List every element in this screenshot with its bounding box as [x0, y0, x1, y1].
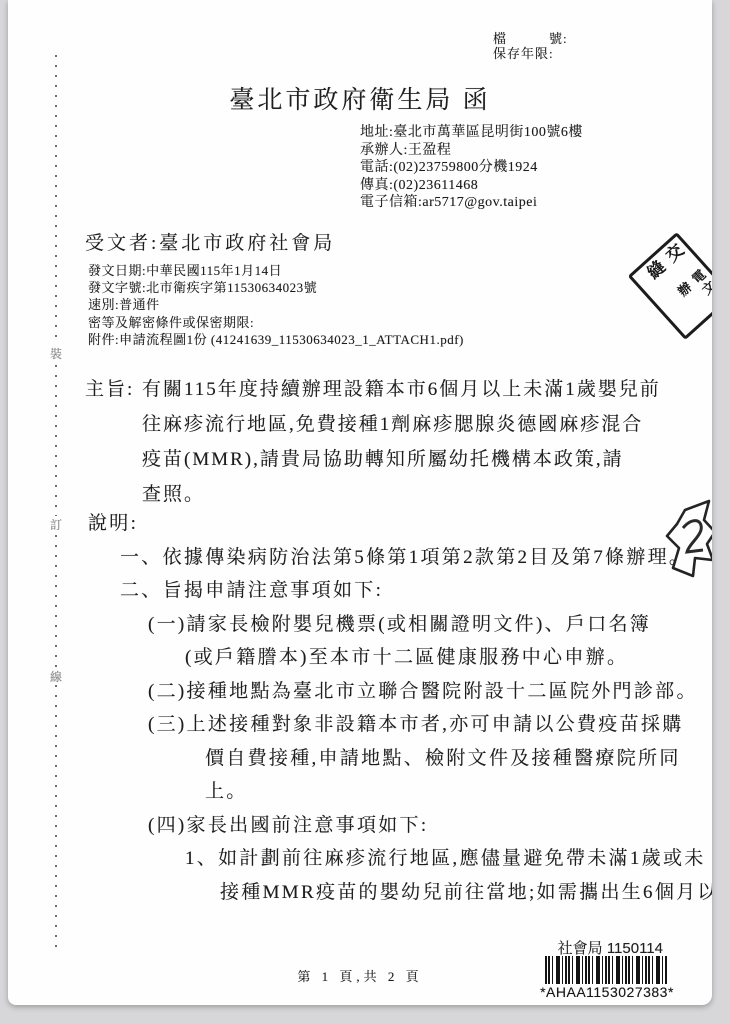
contact-email: 電子信箱:ar5717@gov.taipei — [360, 194, 583, 212]
contact-phone: 電話:(02)23759800分機1924 — [360, 159, 583, 177]
document-page: 裝 訂 線 檔 號: 保存年限: 臺北市政府衛生局 函 地址:臺北市萬華區昆明街… — [8, 0, 712, 1005]
margin-mark-ding: 訂 — [48, 516, 64, 533]
meta-line-doc-number: 發文字號:北市衛疾字第11530634023號 — [88, 279, 464, 296]
barcode — [545, 956, 668, 984]
body-line: (或戶籍謄本)至本市十二區健康服務中心申辦。 — [185, 641, 712, 675]
subject-line: 往麻疹流行地區,免費接種1劑麻疹腮腺炎德國麻疹混合 — [142, 407, 661, 442]
electronic-exchange-stamp: 交縫 電文辦 — [628, 232, 712, 340]
body-line: (二)接種地點為臺北市立聯合醫院附設十二區院外門診部。 — [148, 675, 712, 709]
document-title: 臺北市政府衛生局 函 — [8, 80, 712, 116]
body-line: (四)家長出國前注意事項如下: — [148, 809, 712, 843]
meta-line-date: 發文日期:中華民國115年1月14日 — [88, 262, 464, 279]
contact-person: 承辦人:王盈程 — [360, 142, 583, 160]
contact-address: 地址:臺北市萬華區昆明街100號6樓 — [360, 124, 583, 142]
subject-block: 主旨: 有關115年度持續辦理設籍本市6個月以上未滿1歲嬰兒前 往麻疹流行地區,… — [85, 372, 661, 512]
barcode-text: *AHAA1153027383* — [533, 984, 681, 1000]
agency-code-label: 社會局 1150114 — [438, 937, 663, 958]
subject-line: 疫苗(MMR),請貴局協助轉知所屬幼托機構本政策,請 — [142, 442, 661, 477]
contact-fax: 傳真:(02)23611468 — [360, 177, 583, 195]
meta-line-secrecy: 密等及解密條件或保密期限: — [88, 314, 464, 331]
file-header: 檔 號: 保存年限: — [493, 31, 568, 61]
seam-mark-outline — [667, 501, 712, 576]
margin-mark-zhuang: 裝 — [48, 345, 64, 362]
contact-block: 地址:臺北市萬華區昆明街100號6樓 承辦人:王盈程 電話:(02)237598… — [360, 124, 583, 212]
file-number-label: 檔 號: — [493, 31, 568, 46]
seam-mark-digit-2 — [683, 521, 703, 552]
body-line: 價自費接種,申請地點、檢附文件及接種醫療院所同 — [205, 742, 712, 776]
meta-line-attachment: 附件:申請流程圖1份 (41241639_11530634023_1_ATTAC… — [88, 331, 464, 348]
subject-line: 有關115年度持續辦理設籍本市6個月以上未滿1歲嬰兒前 — [142, 372, 661, 407]
meta-line-speed: 速別:普通件 — [88, 296, 464, 313]
binding-dotted-line — [55, 55, 57, 950]
body-line: 1、如計劃前往麻疹流行地區,應儘量避免帶未滿1歲或未 — [185, 842, 712, 876]
body-line: (三)上述接種對象非設籍本市者,亦可申請以公費疫苗採購 — [148, 708, 712, 742]
recipient-line: 受文者:臺北市政府社會局 — [85, 228, 335, 255]
body-block: 說明: 一、依據傳染病防治法第5條第1項第2款第2目及第7條辦理。 二、旨揭申請… — [88, 507, 712, 909]
body-line: 二、旨揭申請注意事項如下: — [120, 574, 712, 608]
body-line: 上。 — [205, 775, 712, 809]
retention-period-label: 保存年限: — [493, 46, 568, 61]
body-line: 接種MMR疫苗的嬰幼兒前往當地;如需攜出生6個月以 — [220, 876, 712, 910]
page-seam-mark — [663, 498, 712, 587]
meta-block: 發文日期:中華民國115年1月14日 發文字號:北市衛疾字第1153063402… — [88, 262, 464, 348]
body-line: 一、依據傳染病防治法第5條第1項第2款第2目及第7條辦理。 — [120, 541, 712, 575]
body-line: (一)請家長檢附嬰兒機票(或相關證明文件)、戶口名簿 — [148, 608, 712, 642]
margin-mark-xian: 線 — [48, 668, 64, 685]
subject-label: 主旨: — [85, 372, 134, 407]
body-line: 說明: — [88, 507, 712, 541]
